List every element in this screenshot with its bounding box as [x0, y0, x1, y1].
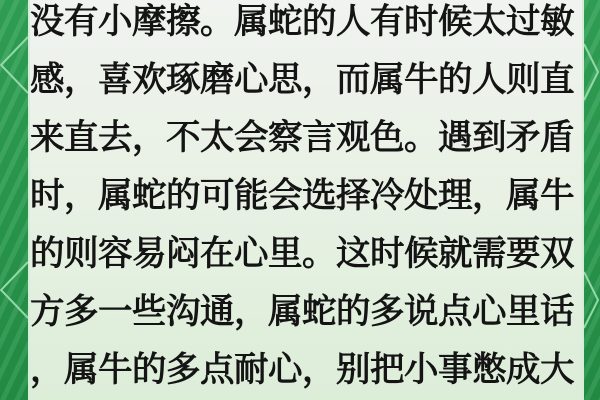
right-chevrons-icon: [584, 0, 600, 400]
caption-line-2: 感，喜欢琢磨心思，而属牛的人则直: [30, 51, 583, 109]
caption-line-6: 方多一些沟通，属蛇的多说点心里话: [30, 283, 583, 341]
caption-line-7: ，属牛的多点耐心，别把小事憋成大: [30, 341, 583, 399]
text-card: 没有小摩擦。属蛇的人有时候太过敏 感，喜欢琢磨心思，而属牛的人则直 来直去，不太…: [0, 0, 600, 400]
chevron-right-icon: [584, 272, 598, 328]
caption-text: 没有小摩擦。属蛇的人有时候太过敏 感，喜欢琢磨心思，而属牛的人则直 来直去，不太…: [30, 0, 583, 399]
chevron-left-icon: [1, 37, 28, 93]
right-border-strip: [582, 0, 600, 400]
caption-line-3: 来直去，不太会察言观色。遇到矛盾: [30, 109, 583, 167]
chevron-left-icon: [1, 262, 28, 318]
caption-line-1: 没有小摩擦。属蛇的人有时候太过敏: [30, 0, 583, 51]
caption-line-5: 的则容易闷在心里。这时候就需要双: [30, 225, 583, 283]
left-border-strip: [0, 0, 30, 400]
left-chevrons-icon: [0, 0, 28, 400]
chevron-right-icon: [584, 44, 598, 100]
caption-line-4: 时，属蛇的可能会选择冷处理，属牛: [30, 167, 583, 225]
